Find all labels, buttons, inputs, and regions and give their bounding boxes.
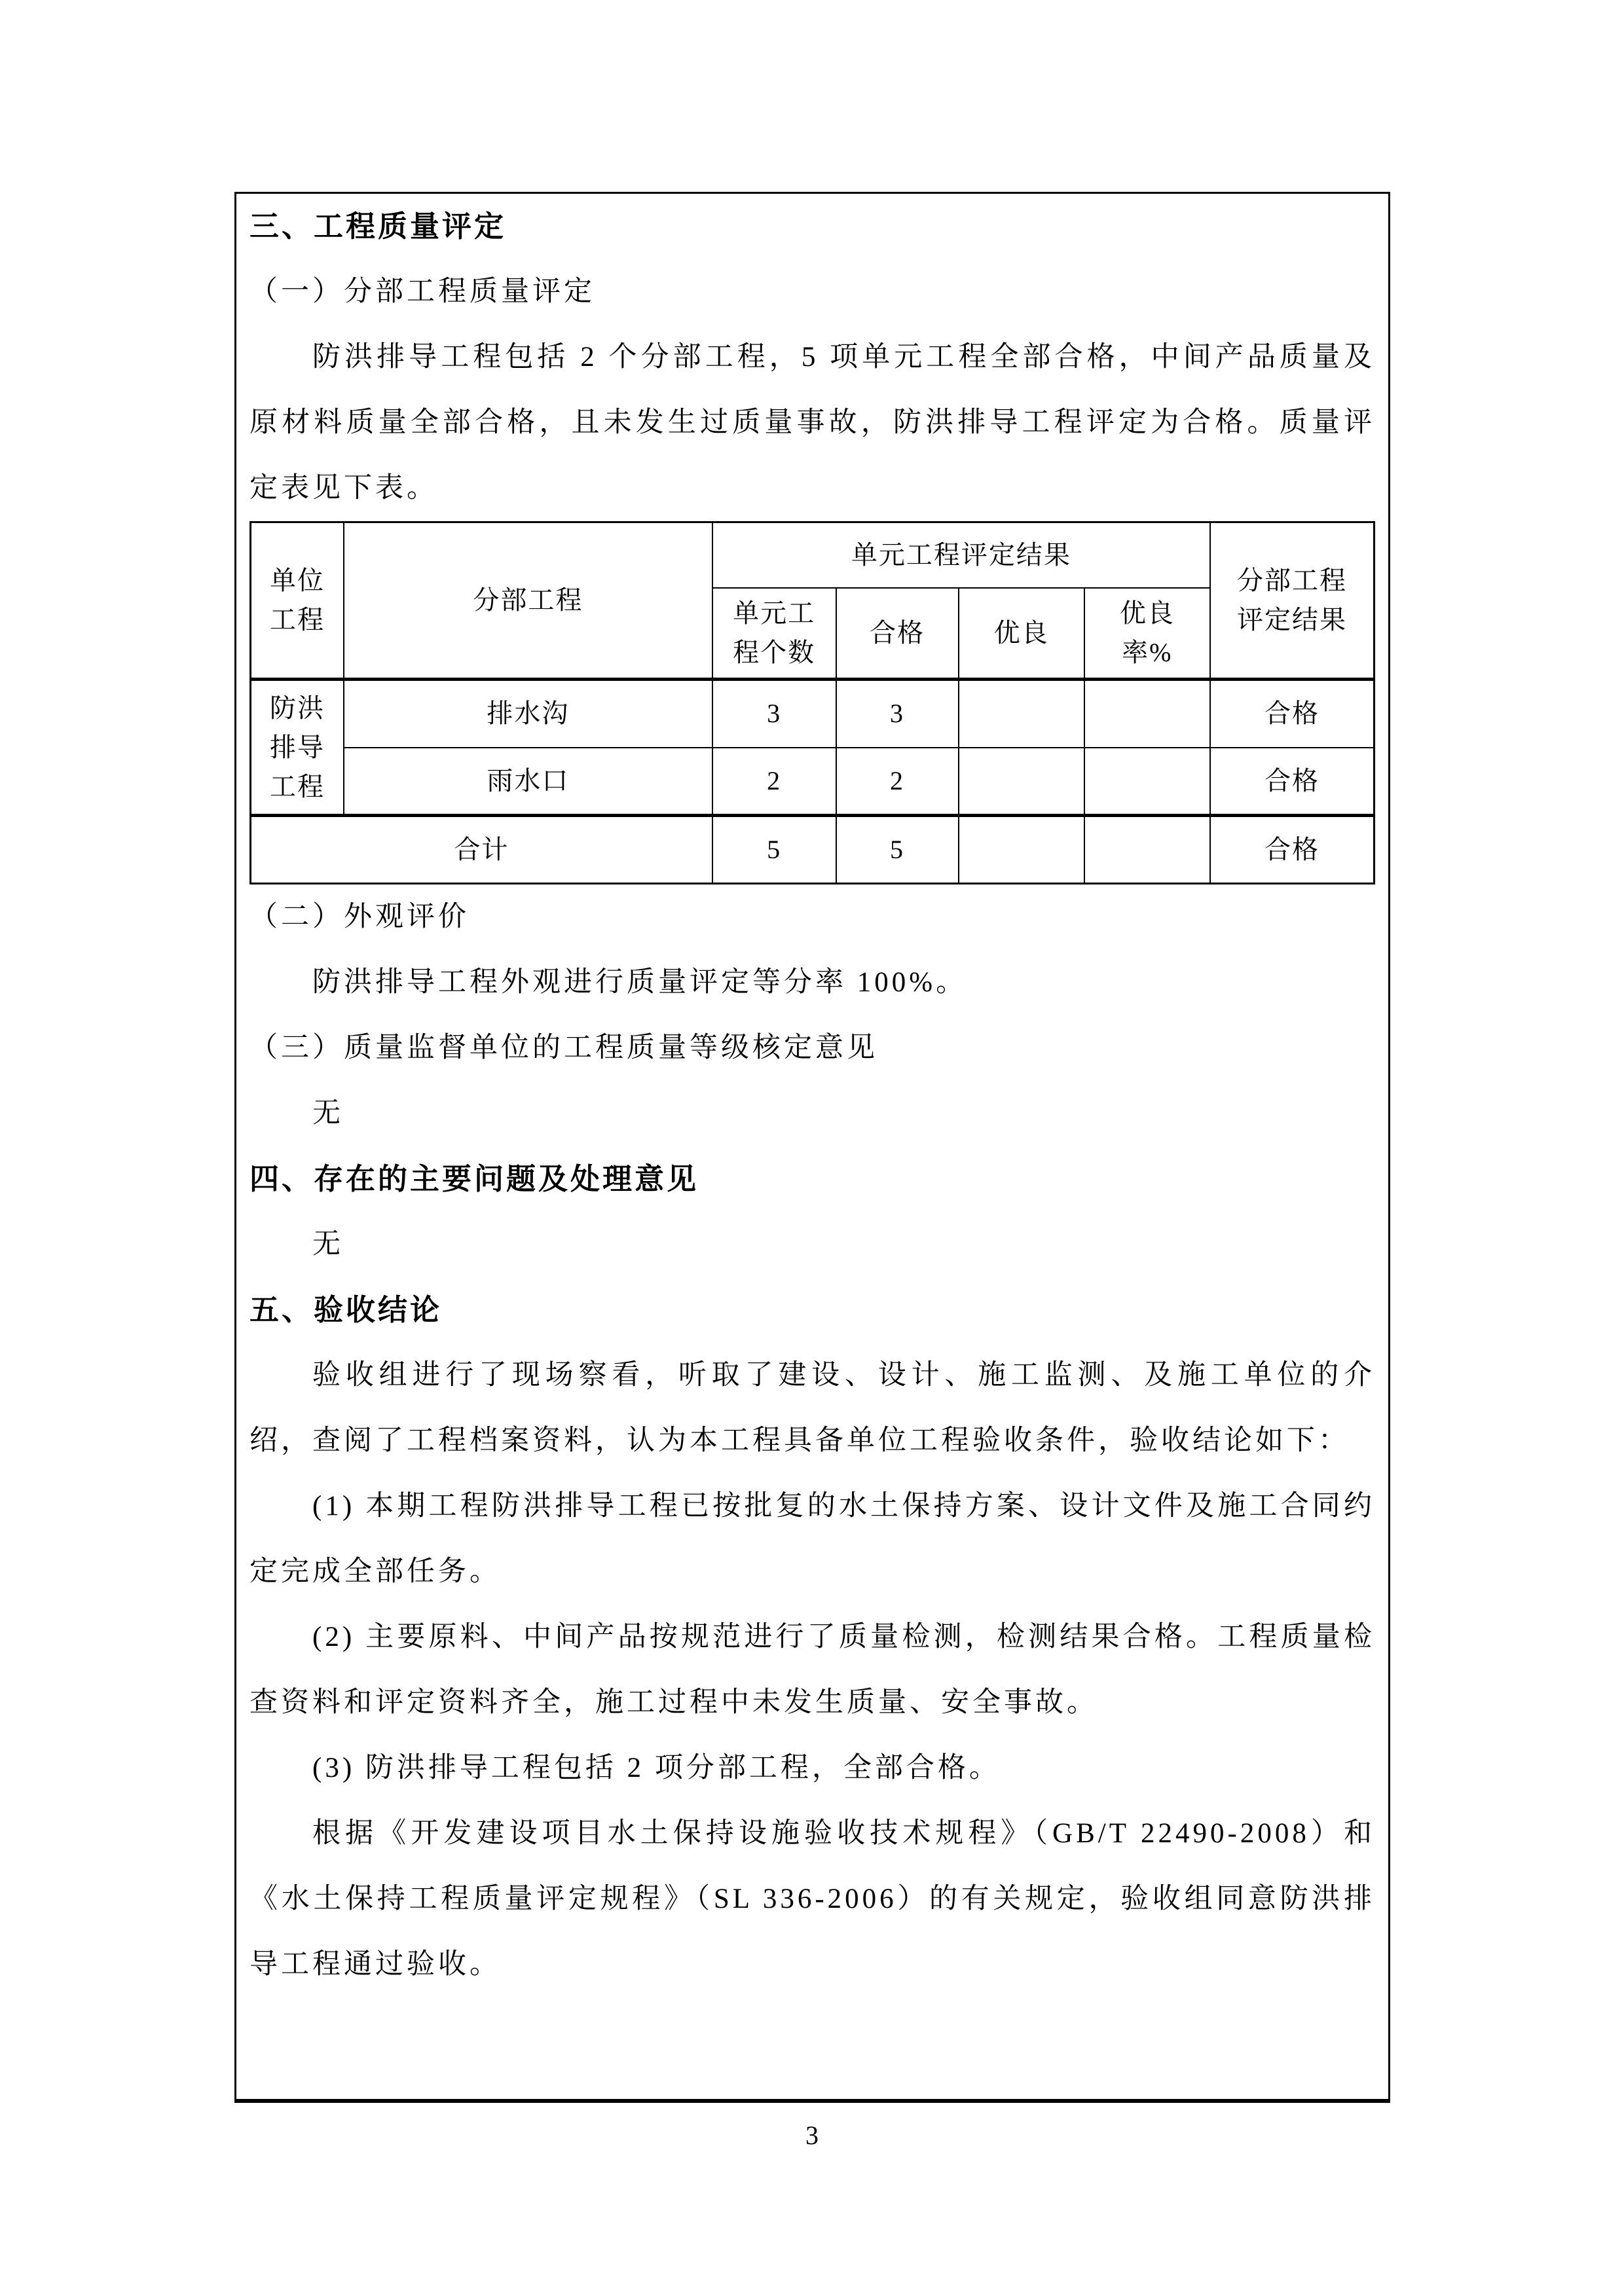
header-unit-project: 单位 工程 <box>251 522 344 680</box>
header-unit-result-group: 单元工程评定结果 <box>712 522 1210 588</box>
document-page: 三、工程质量评定 （一）分部工程质量评定 防洪排导工程包括 2 个分部工程，5 … <box>0 0 1624 2296</box>
sub1-heading: （一）分部工程质量评定 <box>249 259 1375 325</box>
table-row: 雨水口 2 2 合格 <box>251 748 1375 816</box>
cell-unit-project: 防洪 排导 工程 <box>251 680 344 816</box>
header-unit-count: 单元工 程个数 <box>712 588 836 680</box>
cell-excellent-rate <box>1084 748 1210 816</box>
cell-excellent <box>959 748 1084 816</box>
cell-excellent <box>959 680 1084 748</box>
section5-item-2: (2) 主要原料、中间产品按规范进行了质量检测，检测结果合格。工程质量检查资料和… <box>249 1605 1375 1736</box>
cell-result: 合格 <box>1210 748 1375 816</box>
cell-total-count: 5 <box>712 816 836 884</box>
header-subproject: 分部工程 <box>344 522 712 680</box>
header-subproject-result: 分部工程 评定结果 <box>1210 522 1375 680</box>
sub2-paragraph: 防洪排导工程外观进行质量评定等分率 100%。 <box>249 950 1375 1015</box>
section5-item-3: (3) 防洪排导工程包括 2 项分部工程，全部合格。 <box>249 1736 1375 1801</box>
table-row: 防洪 排导 工程 排水沟 3 3 合格 <box>251 680 1375 748</box>
cell-unit-count: 3 <box>712 680 836 748</box>
cell-pass: 2 <box>836 748 959 816</box>
section5-paragraph-2: 根据《开发建设项目水土保持设施验收技术规程》（GB/T 22490-2008）和… <box>249 1801 1375 1997</box>
table-total-row: 合计 5 5 合格 <box>251 816 1375 884</box>
cell-result: 合格 <box>1210 680 1375 748</box>
section5-heading: 五、验收结论 <box>249 1277 1375 1343</box>
section4-heading: 四、存在的主要问题及处理意见 <box>249 1146 1375 1212</box>
cell-pass: 3 <box>836 680 959 748</box>
page-number: 3 <box>0 2120 1624 2151</box>
header-excellent-rate: 优良 率% <box>1084 588 1210 680</box>
header-pass: 合格 <box>836 588 959 680</box>
sub3-paragraph: 无 <box>249 1081 1375 1146</box>
cell-total-excellent-rate <box>1084 816 1210 884</box>
cell-subproject-name: 雨水口 <box>344 748 712 816</box>
cell-excellent-rate <box>1084 680 1210 748</box>
sub3-heading: （三）质量监督单位的工程质量等级核定意见 <box>249 1015 1375 1081</box>
sub2-heading: （二）外观评价 <box>249 884 1375 950</box>
header-excellent: 优良 <box>959 588 1084 680</box>
section4-paragraph: 无 <box>249 1212 1375 1277</box>
cell-unit-count: 2 <box>712 748 836 816</box>
section3-heading: 三、工程质量评定 <box>249 194 1375 259</box>
sub1-paragraph: 防洪排导工程包括 2 个分部工程，5 项单元工程全部合格，中间产品质量及原材料质… <box>249 325 1375 521</box>
section5-paragraph-1: 验收组进行了现场察看，听取了建设、设计、施工监测、及施工单位的介绍，查阅了工程档… <box>249 1343 1375 1474</box>
document-frame: 三、工程质量评定 （一）分部工程质量评定 防洪排导工程包括 2 个分部工程，5 … <box>234 192 1390 2103</box>
table-header-row-1: 单位 工程 分部工程 单元工程评定结果 分部工程 评定结果 <box>251 522 1375 588</box>
cell-total-excellent <box>959 816 1084 884</box>
cell-total-label: 合计 <box>251 816 712 884</box>
cell-total-result: 合格 <box>1210 816 1375 884</box>
section5-item-1: (1) 本期工程防洪排导工程已按批复的水土保持方案、设计文件及施工合同约定完成全… <box>249 1474 1375 1605</box>
cell-subproject-name: 排水沟 <box>344 680 712 748</box>
quality-evaluation-table: 单位 工程 分部工程 单元工程评定结果 分部工程 评定结果 单元工 程个数 合格… <box>249 521 1375 884</box>
cell-total-pass: 5 <box>836 816 959 884</box>
